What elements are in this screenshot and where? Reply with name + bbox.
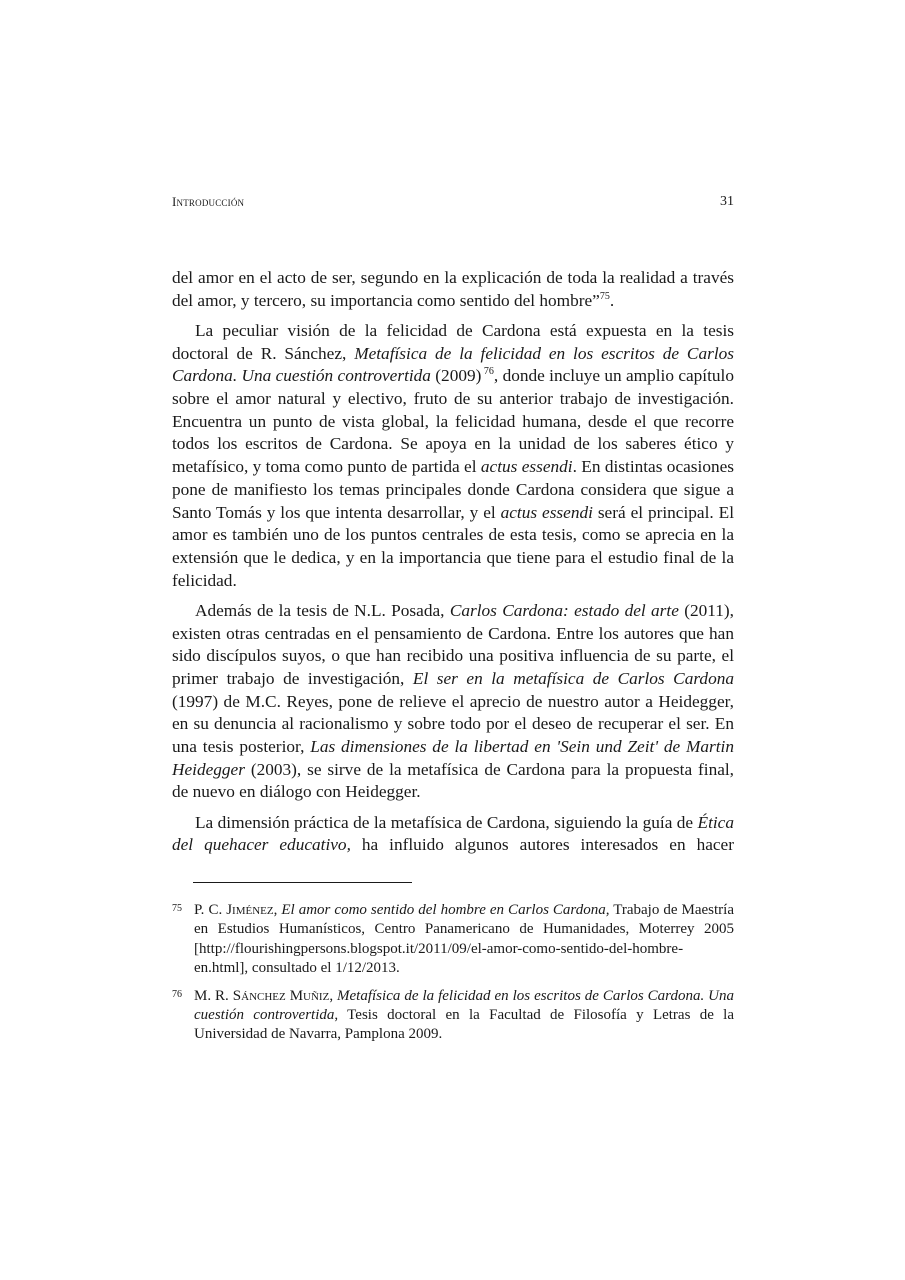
text-run: La dimensión práctica de la metafísica d… <box>195 813 698 832</box>
paragraph: La peculiar visión de la felicidad de Ca… <box>172 320 734 592</box>
italic-title: Carlos Cardona: estado del arte <box>450 601 679 620</box>
italic-title: El ser en la metafísica de Carlos Cardon… <box>413 669 734 688</box>
paragraph: Además de la tesis de N.L. Posada, Carlo… <box>172 600 734 804</box>
text-run: M. R. <box>194 988 233 1004</box>
italic-title: El amor como sentido del hombre en Carlo… <box>281 902 609 918</box>
text-run: del amor en el acto de ser, segundo en l… <box>172 268 734 310</box>
footnote-reference: 75 <box>600 291 610 302</box>
footnote: 76 M. R. Sánchez Muñiz, Metafísica de la… <box>172 987 734 1045</box>
text-run: ha influido algunos autores interesados … <box>351 835 734 854</box>
text-run: , <box>329 988 337 1004</box>
author-name: Jiménez <box>226 902 273 918</box>
footnote-reference: 76 <box>481 366 494 377</box>
running-head: Introducción 31 <box>172 194 734 212</box>
text-run: P. C. <box>194 902 226 918</box>
author-name: Sánchez Muñiz <box>233 988 330 1004</box>
page-number: 31 <box>720 194 734 210</box>
paragraph: La dimensión práctica de la metafísica d… <box>172 812 734 857</box>
section-title: Introducción <box>172 194 244 210</box>
text-run: (2003), se sirve de la metafísica de Car… <box>172 760 734 802</box>
text-run: (2009) <box>431 366 481 385</box>
footnote-separator <box>193 882 412 883</box>
paragraph: del amor en el acto de ser, segundo en l… <box>172 267 734 312</box>
footnote: 75 P. C. Jiménez, El amor como sentido d… <box>172 901 734 978</box>
footnote-text: P. C. Jiménez, El amor como sentido del … <box>194 902 734 976</box>
body-text: del amor en el acto de ser, segundo en l… <box>172 267 734 865</box>
italic-title: actus essendi <box>501 503 593 522</box>
footnotes: 75 P. C. Jiménez, El amor como sentido d… <box>172 901 734 1053</box>
text-run: Además de la tesis de N.L. Posada, <box>195 601 450 620</box>
footnote-text: M. R. Sánchez Muñiz, Metafísica de la fe… <box>194 988 734 1043</box>
footnote-number: 76 <box>172 985 182 1004</box>
italic-title: actus essendi <box>481 457 573 476</box>
footnote-number: 75 <box>172 899 182 918</box>
text-run: . <box>610 291 614 310</box>
